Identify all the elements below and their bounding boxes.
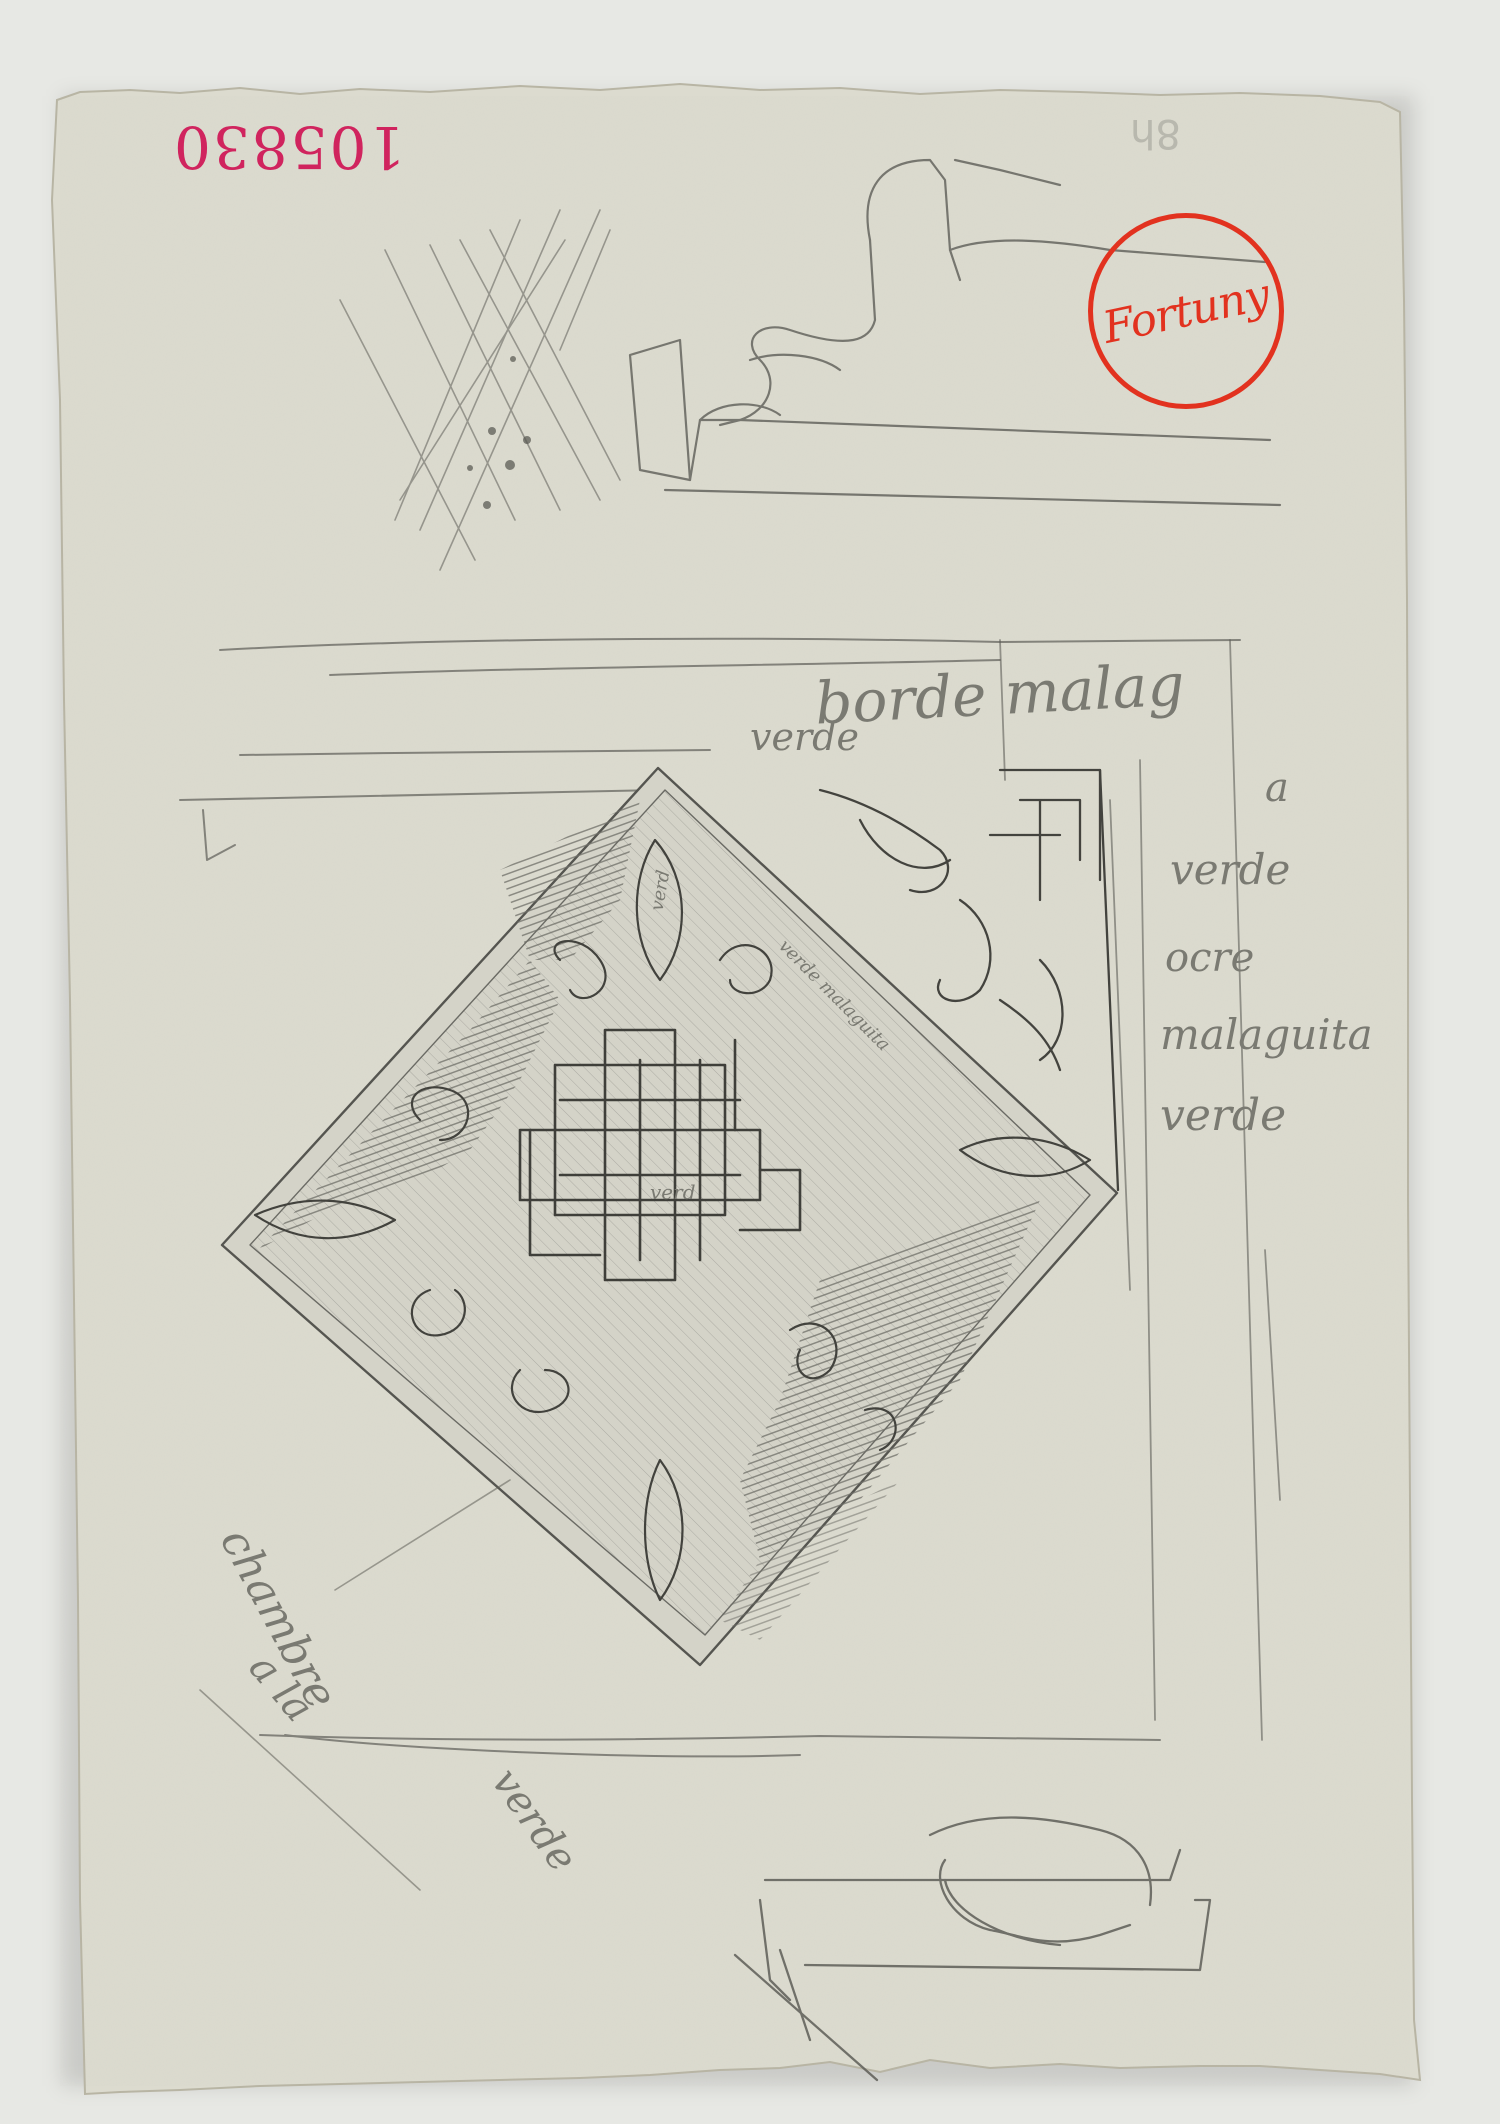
- artwork-canvas: 8h 105830 Fortuny borde malag a verde oc…: [0, 0, 1500, 2124]
- collector-stamp: Fortuny: [1088, 213, 1284, 409]
- annotation-line: malaguita: [1160, 1010, 1373, 1059]
- annotation-line: a: [1265, 765, 1289, 811]
- annotation-line: verde: [750, 715, 859, 759]
- annotation-line: verde: [1160, 1090, 1286, 1141]
- annotation-line: ocre: [1165, 935, 1254, 981]
- annotation-line: verde: [1170, 845, 1290, 894]
- faint-pencil-mark: 8h: [1130, 110, 1181, 156]
- stamp-text: Fortuny: [1099, 269, 1274, 354]
- inventory-number: 105830: [172, 118, 405, 176]
- diamond-annotation: verd: [650, 1180, 696, 1204]
